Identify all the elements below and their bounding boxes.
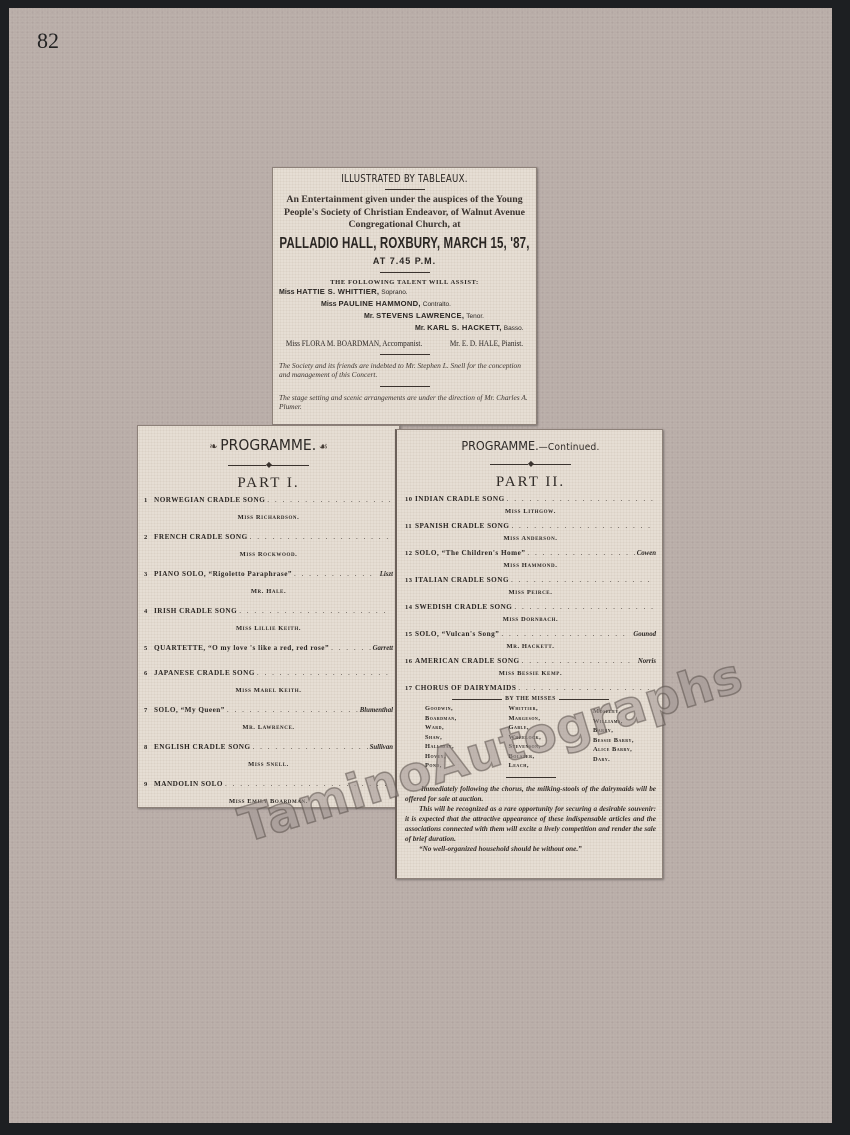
item-performer: Miss Hammond. — [405, 561, 656, 571]
auction-quote: “No well-organized household should be w… — [405, 844, 656, 854]
item-performer: Miss Snell. — [144, 760, 393, 770]
accompanist: Miss FLORA M. BOARDMAN, Accompanist. — [286, 338, 422, 348]
cast-name: Boardman, — [425, 714, 457, 724]
cast-name: Dary. — [593, 755, 634, 765]
leaf-ornament-icon: ☙ — [319, 440, 328, 453]
item-performer: Miss Rockwood. — [144, 550, 393, 560]
cast-name: Gable, — [509, 723, 542, 733]
leader-dots — [501, 630, 631, 638]
divider — [380, 272, 430, 273]
talent-row: Mr. KARL S. HACKETT, Basso. — [279, 322, 530, 334]
leader-dots — [331, 644, 371, 652]
item-performer: Miss Anderson. — [405, 534, 656, 544]
leader-dots — [518, 684, 654, 692]
item-title: ENGLISH CRADLE SONG — [154, 743, 251, 751]
item-number: 8 — [144, 744, 154, 751]
time-line: AT 7.45 P.M. — [279, 256, 530, 266]
credit-note-stage: The stage setting and scenic arrangement… — [279, 393, 530, 412]
leader-dots — [239, 607, 391, 615]
programme-item: 6JAPANESE CRADLE SONG Miss Mabel Keith. — [144, 669, 393, 696]
item-number: 15 — [405, 631, 415, 638]
item-number: 2 — [144, 534, 154, 541]
item-performer: Mr. Hackett. — [405, 642, 656, 652]
cast-name: Stevenson, — [509, 742, 542, 752]
item-title: ITALIAN CRADLE SONG — [415, 576, 509, 584]
item-performer — [144, 657, 393, 659]
item-performer: Miss Richardson. — [144, 513, 393, 523]
cast-name: Ward, — [425, 723, 457, 733]
continued-label: —Continued. — [539, 442, 600, 453]
item-number: 12 — [405, 550, 415, 557]
talent-name: HATTIE S. WHITTIER, — [297, 287, 380, 296]
auction-notice: Immediately following the chorus, the mi… — [405, 784, 656, 854]
cast-name: Moseley, — [593, 707, 634, 717]
leader-dots — [267, 496, 391, 504]
item-title: IRISH CRADLE SONG — [154, 607, 237, 615]
talent-prefix: Miss — [279, 289, 295, 296]
item-title: JAPANESE CRADLE SONG — [154, 669, 255, 677]
talent-role: Soprano. — [381, 289, 407, 296]
programme-item: 17CHORUS OF DAIRYMAIDS — [405, 684, 656, 695]
cast-name: Leach, — [509, 761, 542, 771]
item-title: SWEDISH CRADLE SONG — [415, 603, 512, 611]
leaf-ornament-icon: ❧ — [209, 440, 217, 453]
programme-title-text: PROGRAMME. — [220, 436, 316, 454]
cast-name: Bessie Barry, — [593, 736, 634, 746]
leader-dots — [514, 603, 654, 611]
item-title: SOLO, “The Children's Home” — [415, 549, 525, 557]
item-title: MANDOLIN SOLO — [154, 780, 223, 788]
item-composer: Norris — [638, 658, 656, 665]
talent-list: Miss HATTIE S. WHITTIER, Soprano. Miss P… — [279, 286, 530, 334]
cast-name: Halliday, — [425, 742, 457, 752]
cast-name: Williams, — [593, 717, 634, 727]
item-number: 7 — [144, 707, 154, 714]
item-number: 6 — [144, 670, 154, 677]
cast-name: Wheelock, — [509, 733, 542, 743]
leader-dots — [527, 549, 634, 557]
cast-column-2: Whittier, Margeson, Gable, Wheelock, Ste… — [509, 704, 542, 771]
item-performer: Miss Mabel Keith. — [144, 686, 393, 696]
part-heading: PART I. — [144, 475, 393, 492]
cast-name: Alice Barry, — [593, 745, 634, 755]
item-number: 1 — [144, 497, 154, 504]
divider — [506, 777, 556, 778]
item-number: 5 — [144, 645, 154, 652]
by-the-misses-label: BY THE MISSES — [505, 696, 556, 702]
programme-continued-title: PROGRAMME.—Continued. — [418, 438, 644, 453]
item-title: FRENCH CRADLE SONG — [154, 533, 248, 541]
leader-dots — [511, 522, 654, 530]
leader-dots — [294, 570, 378, 578]
leader-dots — [507, 495, 654, 503]
talent-role: Tenor. — [466, 313, 484, 320]
item-performer: Mr. Lawrence. — [144, 723, 393, 733]
item-performer: Miss Lithgow. — [405, 507, 656, 517]
accompanist-row: Miss FLORA M. BOARDMAN, Accompanist. Mr.… — [286, 338, 523, 348]
item-number: 9 — [144, 781, 154, 788]
item-number: 4 — [144, 608, 154, 615]
item-title: INDIAN CRADLE SONG — [415, 495, 505, 503]
talent-row: Miss HATTIE S. WHITTIER, Soprano. — [279, 286, 530, 298]
programme-item: 1NORWEGIAN CRADLE SONG Miss Richardson. — [144, 496, 393, 523]
programme-title: ❧PROGRAMME.☙ — [156, 436, 380, 454]
talent-prefix: Miss — [321, 301, 337, 308]
item-composer: Blumenthal — [360, 707, 393, 714]
cast-column-1: Goodwin, Boardman, Ward, Shaw, Halliday,… — [425, 704, 457, 771]
programme-item: 14SWEDISH CRADLE SONG Miss Dornbach. — [405, 603, 656, 625]
venue-line: PALLADIO HALL, ROXBURY, MARCH 15, '87, — [278, 235, 531, 253]
item-title: SOLO, “My Queen” — [154, 706, 225, 714]
leader-dots — [227, 706, 358, 714]
programme-part2-clipping: PROGRAMME.—Continued. ◆ PART II. 10INDIA… — [395, 429, 663, 879]
programme-item: 13ITALIAN CRADLE SONG Miss Peirce. — [405, 576, 656, 598]
talent-role: Contralto. — [423, 301, 451, 308]
item-performer: Miss Lillie Keith. — [144, 624, 393, 634]
item-composer: Garrett — [373, 645, 393, 652]
ornament-divider: ◆ — [405, 459, 656, 468]
item-composer: Sullivan — [370, 744, 393, 751]
divider — [385, 189, 425, 190]
divider — [380, 386, 430, 387]
item-title: PIANO SOLO, “Rigoletto Paraphrase” — [154, 570, 292, 578]
talent-name: STEVENS LAWRENCE, — [376, 311, 464, 320]
item-number: 3 — [144, 571, 154, 578]
talent-role: Basso. — [504, 325, 524, 332]
item-number: 10 — [405, 496, 415, 503]
item-number: 11 — [405, 523, 415, 530]
album-page: 82 ILLUSTRATED BY TABLEAUX. An Entertain… — [9, 8, 832, 1123]
talent-row: Mr. STEVENS LAWRENCE, Tenor. — [279, 310, 530, 322]
programme-item: 11SPANISH CRADLE SONG Miss Anderson. — [405, 522, 656, 544]
item-performer: Miss Dornbach. — [405, 615, 656, 625]
item-performer: Mr. Hale. — [144, 587, 393, 597]
talent-heading: THE FOLLOWING TALENT WILL ASSIST: — [279, 279, 530, 286]
talent-name: KARL S. HACKETT, — [427, 323, 502, 332]
announcement-heading: ILLUSTRATED BY TABLEAUX. — [302, 173, 508, 185]
leader-dots — [250, 533, 391, 541]
programme-item: 10INDIAN CRADLE SONG Miss Lithgow. — [405, 495, 656, 517]
dairymaids-cast-list: Goodwin, Boardman, Ward, Shaw, Halliday,… — [405, 702, 656, 771]
credit-note-management: The Society and its friends are indebted… — [279, 361, 530, 380]
item-number: 17 — [405, 685, 415, 692]
cast-name: Goodwin, — [425, 704, 457, 714]
item-title: QUARTETTE, “O my love 's like a red, red… — [154, 644, 329, 652]
cast-name: Barry, — [593, 726, 634, 736]
cast-name: Margeson, — [509, 714, 542, 724]
programme-item: 7SOLO, “My Queen”Blumenthal Mr. Lawrence… — [144, 706, 393, 733]
leader-dots — [257, 669, 391, 677]
item-title: AMERICAN CRADLE SONG — [415, 657, 520, 665]
item-performer: Miss Peirce. — [405, 588, 656, 598]
announcement-intro: An Entertainment given under the auspice… — [279, 194, 530, 232]
item-title: SOLO, “Vulcan's Song” — [415, 630, 499, 638]
auction-paragraph: This will be recognized as a rare opport… — [405, 804, 656, 844]
announcement-clipping: ILLUSTRATED BY TABLEAUX. An Entertainmen… — [272, 167, 537, 425]
cast-name: Hovey, — [425, 752, 457, 762]
item-title: SPANISH CRADLE SONG — [415, 522, 509, 530]
programme-item: 15SOLO, “Vulcan's Song”Gounod Mr. Hacket… — [405, 630, 656, 652]
item-composer: Gounod — [633, 631, 656, 638]
programme-item: 5QUARTETTE, “O my love 's like a red, re… — [144, 644, 393, 659]
item-composer: Cowen — [637, 550, 656, 557]
leader-dots — [225, 780, 391, 788]
programme-item: 8ENGLISH CRADLE SONGSullivan Miss Snell. — [144, 743, 393, 770]
programme-item: 2FRENCH CRADLE SONG Miss Rockwood. — [144, 533, 393, 560]
talent-prefix: Mr. — [364, 313, 374, 320]
leader-dots — [522, 657, 636, 665]
cast-name: Shaw, — [425, 733, 457, 743]
item-number: 13 — [405, 577, 415, 584]
item-composer: Liszt — [380, 571, 393, 578]
divider — [380, 354, 430, 355]
leader-dots — [253, 743, 368, 751]
programme-item: 16AMERICAN CRADLE SONGNorris Miss Bessie… — [405, 657, 656, 679]
cast-name: Bolster, — [509, 752, 542, 762]
item-title: NORWEGIAN CRADLE SONG — [154, 496, 265, 504]
talent-row: Miss PAULINE HAMMOND, Contralto. — [279, 298, 530, 310]
talent-prefix: Mr. — [415, 325, 425, 332]
item-number: 16 — [405, 658, 415, 665]
pianist: Mr. E. D. HALE, Pianist. — [450, 338, 523, 348]
cast-name: Pond, — [425, 761, 457, 771]
programme-item: 12SOLO, “The Children's Home”Cowen Miss … — [405, 549, 656, 571]
programme-part1-clipping: ❧PROGRAMME.☙ ◆ PART I. 1NORWEGIAN CRADLE… — [137, 425, 400, 808]
item-title: CHORUS OF DAIRYMAIDS — [415, 684, 516, 692]
programme-item: 3PIANO SOLO, “Rigoletto Paraphrase”Liszt… — [144, 570, 393, 597]
cast-name: Whittier, — [509, 704, 542, 714]
cast-column-3: Moseley, Williams, Barry, Bessie Barry, … — [593, 704, 634, 771]
leader-dots — [511, 576, 654, 584]
talent-name: PAULINE HAMMOND, — [339, 299, 421, 308]
item-number: 14 — [405, 604, 415, 611]
auction-paragraph: Immediately following the chorus, the mi… — [405, 784, 656, 804]
programme-title-text: PROGRAMME. — [461, 438, 538, 453]
part-heading: PART II. — [405, 474, 656, 491]
item-performer: Miss Emily Boardman. — [144, 797, 393, 807]
programme-item: 9MANDOLIN SOLO Miss Emily Boardman. — [144, 780, 393, 807]
item-performer: Miss Bessie Kemp. — [405, 669, 656, 679]
page-number: 82 — [37, 28, 59, 54]
programme-item: 4IRISH CRADLE SONG Miss Lillie Keith. — [144, 607, 393, 634]
ornament-divider: ◆ — [144, 460, 393, 469]
